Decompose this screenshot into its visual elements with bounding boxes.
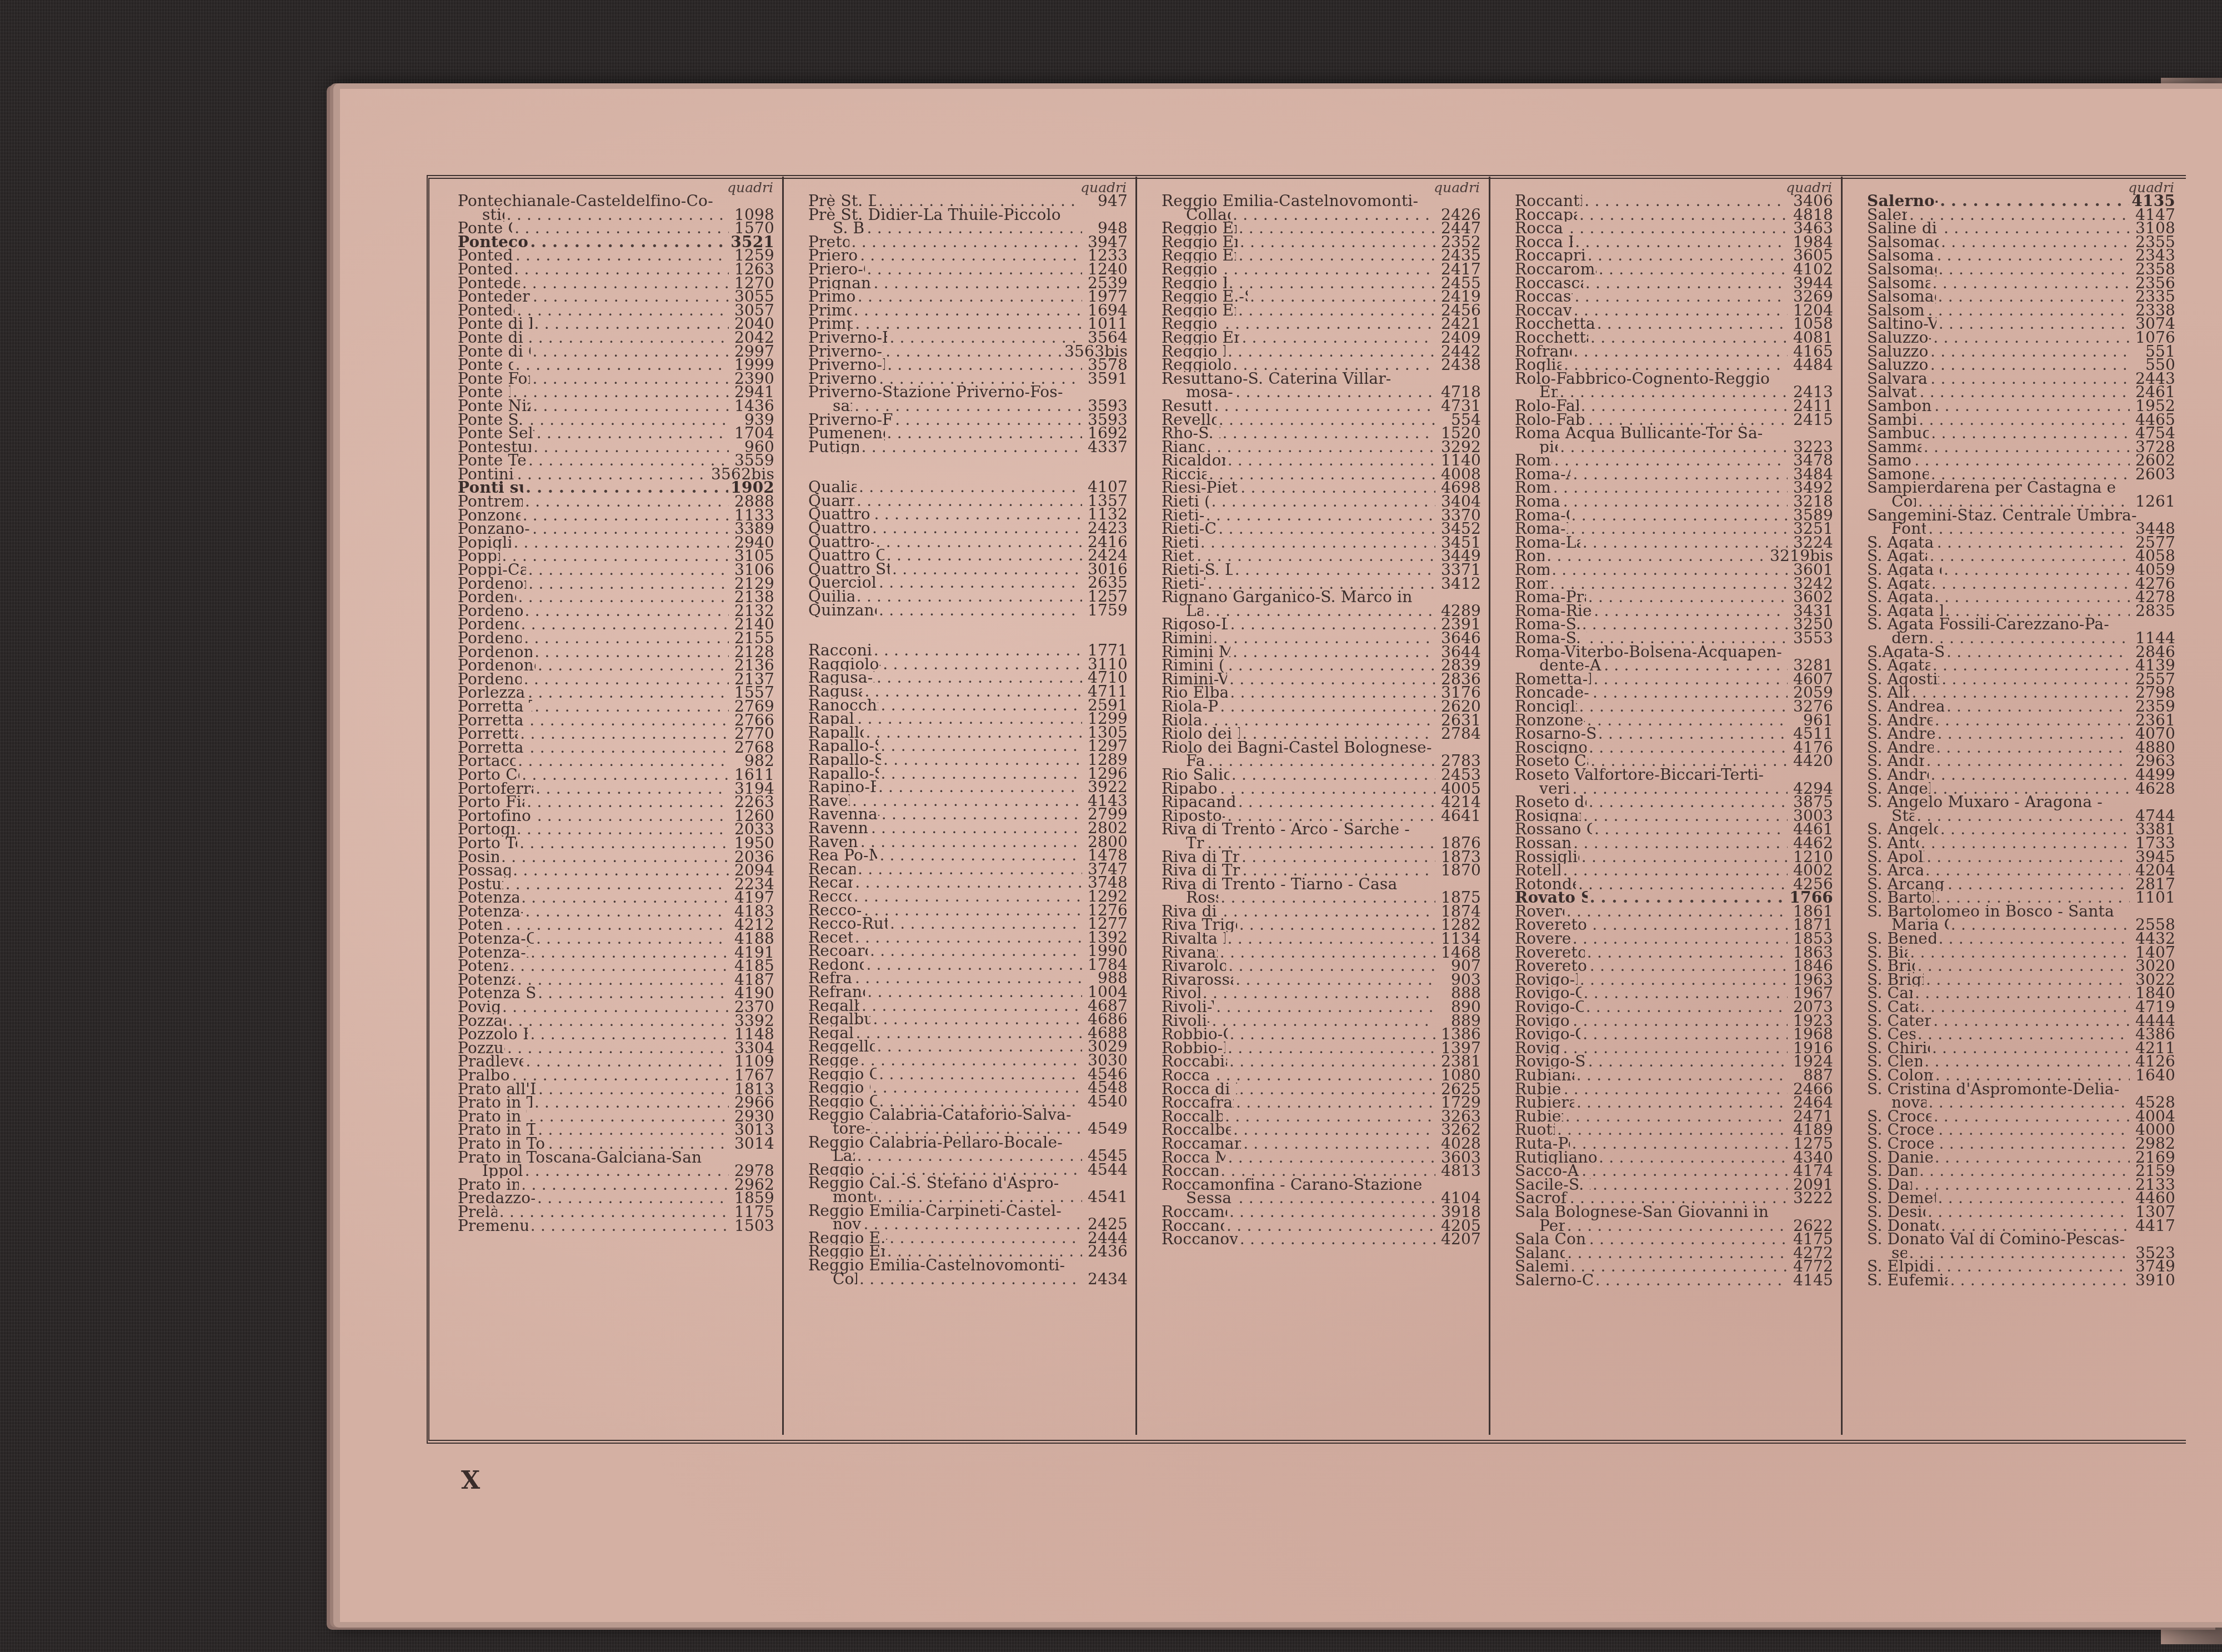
leader-dots (889, 1232, 1082, 1245)
entry-name: Rimini-Viserbella-Bellaria (1162, 673, 1227, 687)
index-entry: Pontestura-Casale Monferrato960 (458, 440, 774, 454)
leader-dots (531, 946, 729, 960)
entry-name: S. Agata Fossili-Carezzano-Pa- (1867, 618, 2175, 632)
entry-name: Ricaldone-Alice B.-Acqui (1162, 454, 1225, 468)
leader-dots (1220, 891, 1435, 905)
entry-name: Roncade-S. Michele del Quarto (1515, 686, 1590, 700)
leader-dots (520, 727, 729, 741)
quadro-number: 4641 (1438, 809, 1481, 823)
index-entry: Rivarossa-Lombardore-Leynì903 (1162, 973, 1481, 987)
entry-name: Refrancore-Felizzano (808, 985, 865, 999)
entry-name: Ronzone-Casale Monferrato (1515, 714, 1585, 728)
entry-name: S. Elpidio a Mare-Cascinare (1867, 1260, 1934, 1274)
entry-name: Ponte Terenzio-Tivoli-Roma (458, 454, 526, 468)
leader-dots (1938, 290, 2130, 304)
leader-dots (1582, 618, 1788, 632)
index-entry: Roccalbegna-Manciano3263 (1162, 1110, 1481, 1124)
entry-name: Roma-Pratica-Torre Vaianica (1515, 590, 1586, 604)
entry-name: Reggio Calabria-Gallico (808, 1081, 870, 1095)
entry-name-continued: Collagna (833, 1273, 857, 1286)
leader-dots (887, 427, 1082, 440)
index-entry: Saline di Volterra-Massa Maritt.3108 (1867, 222, 2175, 236)
index-entry: Rosignano-Castiglioncello3003 (1515, 809, 1833, 823)
leader-dots (512, 1069, 729, 1083)
leader-dots (1250, 290, 1435, 304)
index-entry: Resuttano-S. Caterina Villar-mosa-Caltan… (1162, 372, 1481, 399)
index-entry: Rimini Morciano-Mondaino3644 (1162, 645, 1481, 659)
index-entry: Roma-Aquila-Assergi3484 (1515, 468, 1833, 482)
index-entry: Priverno-Roccasecca dei Volsci.3578 (808, 358, 1128, 372)
index-entry: Pozzuolo-Perugia3304 (458, 1042, 774, 1055)
entry-name: S.Agata-Scarperia-S.Piero a Sieve (1867, 645, 1944, 659)
leader-dots (1240, 236, 1435, 249)
leader-dots (1590, 891, 1788, 905)
quadro-number: 4540 (1084, 1095, 1128, 1109)
index-entry: Roma-Viterbo-Bolsena-Acquapen-dente-Abba… (1515, 645, 1833, 673)
entry-name: Rovereto-Terragnolo-Folgaria (1515, 959, 1588, 973)
index-entry: Rapallo-S. Margherita Ligure1289 (808, 753, 1128, 767)
leader-dots (523, 509, 729, 523)
entry-name: Rossiglione-Tiglieto-Olba (1515, 850, 1579, 864)
index-entry: Roccapalumba-Stazione4818 (1515, 208, 1833, 222)
entry-name: Porto Tolle-Gnocchetta (458, 837, 517, 850)
entry-name: Qualiano-Marano (808, 480, 857, 494)
quadro-number: 4628 (2132, 782, 2175, 796)
entry-name: Popiglio-Ponte Lima (458, 536, 511, 550)
index-entry: Pordenone-Udine-Trieste2137 (458, 673, 774, 687)
index-entry: Rovato Stazione-Rovato Città1766 (1515, 891, 1833, 905)
index-entry: S. Agata Fossili-Carezzano-Pa-derna-Tort… (1867, 618, 2175, 645)
leader-dots (1941, 673, 2130, 687)
leader-dots (1207, 440, 1435, 454)
leader-dots (859, 480, 1082, 494)
entry-name: S. Andrea dei Bagni-Parma (1867, 714, 1933, 728)
leader-dots (864, 685, 1082, 699)
index-entry: Recanati-Osimo3748 (808, 876, 1128, 890)
entry-name: Porretta Terme-Fanano (458, 727, 518, 741)
index-entry: S. Apollinare-Lanciano3945 (1867, 850, 2175, 864)
index-entry: Riva di Trento - Tiarno - CasaRossa-Cret… (1162, 878, 1481, 905)
index-entry: Ponte di Barbarano-Barbarano2040 (458, 317, 774, 331)
index-entry: Rio Elba-Rio Marina-Cavo3176 (1162, 686, 1481, 700)
leader-dots (1939, 1137, 2130, 1151)
entry-name: S. Arcangelo-Armento (1867, 864, 1923, 878)
leader-dots (1588, 249, 1788, 263)
leader-dots (883, 753, 1082, 767)
index-entry: Roma-Lido3219bis (1515, 549, 1833, 563)
leader-dots (1228, 959, 1435, 973)
index-entry: Pontecorvo-Aquino Stazione3521 (458, 236, 774, 249)
entry-name: Rieti-Cantalice-Rieti (1162, 522, 1216, 536)
leader-dots (517, 973, 729, 987)
index-entry: Pordenone-Prata-Pasiano2155 (458, 632, 774, 645)
leader-dots (1230, 1028, 1435, 1042)
leader-dots (887, 549, 1082, 563)
index-entry: Popiglio-Ponte Lima2940 (458, 536, 774, 550)
entry-name: Rimini Morciano-Mondaino (1162, 645, 1230, 659)
quadro-number: 4207 (1438, 1233, 1481, 1246)
leader-dots (1937, 727, 2130, 741)
index-entry: Quiliano-Savona1257 (808, 590, 1128, 604)
leader-dots (1228, 659, 1435, 673)
leader-dots (1216, 1000, 1435, 1014)
entry-name: S. Caterina Jonio-Stazione (1867, 1014, 1931, 1028)
leader-dots (1909, 208, 2130, 222)
letter-section-gap (808, 617, 1128, 644)
entry-name: Rosignano-Castiglioncello (1515, 809, 1581, 823)
index-entry: Porretta Terme-Fanano2770 (458, 727, 774, 741)
leader-dots (529, 1110, 729, 1124)
index-entry: S. Arcangelo di Romagna-Stazione2817 (1867, 878, 2175, 892)
letter-section-gap (808, 454, 1128, 480)
entry-name: S. Cataldo-Stazione (1867, 1000, 1918, 1014)
index-entry: Saluzzo-Cavour-Pinerolo550 (1867, 358, 2175, 372)
index-entry: Rocchetta-S. Angelo Lonbardi4081 (1515, 331, 1833, 345)
entry-name: S. Benedetto Ullano-Cosenza (1867, 932, 1936, 946)
index-entry: Riccia-Decorata4008 (1162, 468, 1481, 482)
quadro-number: 4420 (1790, 754, 1833, 768)
quadro-number: 1759 (1084, 604, 1128, 618)
entry-name: Quattro Cascine-Tortona (808, 508, 872, 522)
entry-name: S. Agata di Puglia-Candela (1867, 590, 1932, 604)
index-entry: Sala Consilina-Sapri-Vibonati4175 (1515, 1233, 1833, 1246)
entry-name: S. Daniele-Anduins (Bagni) (1867, 1151, 1933, 1165)
leader-dots (1577, 1069, 1788, 1083)
entry-name: Ravenna-Cimitero (808, 835, 858, 849)
index-entry: Reggio Emilia-Salvaterra2455 (1162, 277, 1481, 291)
entry-name: Roseto degli Abruzzi-Castelli (1515, 795, 1587, 809)
leader-dots (1220, 946, 1435, 960)
index-entry: Saltino-Vallombrosa-S. Ellero3074 (1867, 317, 2175, 331)
entry-name: Rovato Stazione-Rovato Città (1515, 891, 1588, 905)
quadro-number: 4337 (1084, 440, 1128, 454)
entry-name: Primolo-Chiesa (808, 304, 852, 318)
leader-dots (1925, 864, 2130, 878)
leader-dots (854, 890, 1082, 904)
leader-dots (1230, 686, 1435, 700)
index-entry: S. Cesarea-Maglie4386 (1867, 1028, 2175, 1042)
index-entry: Rovigo-Concadirame1923 (1515, 1014, 1833, 1028)
leader-dots (1225, 317, 1435, 331)
index-entry: Roccabianca-Sissa-Parma2381 (1162, 1055, 1481, 1069)
entry-name: Recoaro-Campogrosso (808, 944, 868, 958)
index-entry: S. Demetrio Coronè-Rossano4460 (1867, 1192, 2175, 1205)
index-entry: Predazzo-Passo Rolle-S. Martino1859 (458, 1192, 774, 1205)
index-entry: Prato in Toscana-Calenzano2930 (458, 1110, 774, 1124)
entry-name: Roma-Ladispoli-Cerveteri (1515, 536, 1580, 550)
index-entry: Ponte Lima-Lizzano2941 (458, 386, 774, 399)
entry-name: Salvaterra-Modena (1867, 386, 1917, 399)
index-entry: S.Agata-Scarperia-S.Piero a Sieve2846 (1867, 645, 2175, 659)
leader-dots (1594, 823, 1788, 837)
entry-name: Roma-Gallicano-Poli (1515, 509, 1569, 523)
entry-name: Refrancore-Asti (808, 972, 853, 985)
leader-dots (1951, 918, 2130, 932)
leader-dots (879, 849, 1082, 863)
leader-dots (878, 780, 1082, 794)
entry-name-continued: Rossa-Creta (1186, 891, 1218, 905)
index-entry: Roccanova-S. Arcangelo4205 (1162, 1219, 1481, 1233)
leader-dots (524, 673, 729, 687)
leader-dots (1921, 837, 2130, 850)
leader-dots (1230, 618, 1435, 632)
entry-name: Ponte Selva-Gromo-Valbondione (458, 427, 534, 440)
index-entry: Riola-Suviana2631 (1162, 714, 1481, 728)
leader-dots (1232, 768, 1435, 782)
leader-dots (1914, 1178, 2130, 1192)
index-entry: Ponzano-Poggio Mirteto Staz.3389 (458, 522, 774, 536)
index-entry: Pordenone-Portogruaro2140 (458, 618, 774, 632)
quadro-number: 3591 (1084, 372, 1128, 386)
leader-dots (516, 358, 729, 372)
index-entry: Pordenone-Cordenons2138 (458, 590, 774, 604)
leader-dots (1239, 918, 1435, 932)
entry-name: Rio Saliceto-Reggio Emilia (1162, 768, 1229, 782)
entry-name: Rieti-Avezzano (1162, 509, 1204, 523)
index-entry: Roccantica-Poggio Mirteto3406 (1515, 194, 1833, 208)
index-entry: S. Andrea Jonio-Stazione4499 (1867, 768, 2175, 782)
leader-dots (1928, 1205, 2130, 1219)
entry-name: Prato all'Isarco-Cardano-Bolzano (458, 1083, 536, 1097)
leader-dots (1204, 714, 1435, 728)
leader-dots (1239, 222, 1435, 236)
entry-name: Rieti-Carsoli (1162, 536, 1198, 550)
index-entry: Rignano Garganico-S. Marco inLamis4289 (1162, 590, 1481, 618)
entry-name: Rovigo-Caverzere-Chioggia (1515, 1000, 1584, 1014)
leader-dots (533, 290, 729, 304)
entry-name: Robbio-Confienza-Vercelli (1162, 1028, 1228, 1042)
index-column-3: quadriReggio Emilia-Castelnovomonti-Coll… (1135, 177, 1489, 1435)
entry-name: S. Eufemia-Caramanico-S. Valentino (1867, 1274, 1948, 1288)
index-entry: S. Croce del Sannio-Stazione4000 (1867, 1123, 2175, 1137)
leader-dots (1595, 1274, 1788, 1288)
leader-dots (1213, 632, 1435, 645)
leader-dots (1235, 563, 1435, 577)
entry-name: Rovigo-Polesella (1515, 1042, 1561, 1055)
index-entry: S. Agostino-Casumaro-Bologna2557 (1867, 673, 2175, 687)
leader-dots (526, 481, 728, 495)
index-entry: Rivarolo-Forno Canavese907 (1162, 959, 1481, 973)
leader-dots (1575, 236, 1788, 249)
leader-dots (534, 645, 729, 659)
index-entry: Ricaldone-Alice B.-Acqui1140 (1162, 454, 1481, 468)
leader-dots (885, 345, 1062, 359)
leader-dots (529, 714, 729, 728)
index-entry: Roma-Aquila3478 (1515, 454, 1833, 468)
quadro-number: 3910 (2132, 1274, 2175, 1288)
leader-dots (1569, 222, 1788, 236)
index-entry: Robbio-Rosasco-Mortara1397 (1162, 1042, 1481, 1055)
index-entry: Sangemini-Staz. Centrale Umbra-Fonte Aci… (1867, 509, 2175, 536)
entry-name: Roma-Isola Farnese (1515, 522, 1568, 536)
entry-name: Rocca Pia-Sulmona (1515, 222, 1567, 236)
index-entry: S. Desiderio-Borgoratti1307 (1867, 1205, 2175, 1219)
index-entry: S. Chirico Nuovo-Potenza4211 (1867, 1042, 2175, 1055)
quadro-number: 4417 (2132, 1219, 2175, 1233)
index-entry: Quattro Cascine-Tortona1132 (808, 508, 1128, 522)
leader-dots (866, 726, 1083, 740)
entry-name: Ragusa-Marina di Ragusa (808, 671, 874, 685)
leader-dots (1938, 1192, 2130, 1205)
leader-dots (507, 1042, 729, 1055)
leader-dots (1228, 932, 1435, 946)
entry-name: Recanati-Osimo (808, 876, 853, 890)
leader-dots (1583, 809, 1788, 823)
leader-dots (537, 427, 729, 440)
entry-name: Riesi-Pietraperzia-Caltanissetta (1162, 481, 1238, 495)
index-entry: Posina-Arsiero2036 (458, 850, 774, 864)
entry-name: Salerno-Lamia (1867, 208, 1907, 222)
entry-name: Predazzo-Passo Rolle-S. Martino (458, 1192, 535, 1205)
leader-dots (864, 904, 1082, 918)
leader-dots (1940, 823, 2130, 837)
leader-dots (522, 277, 729, 291)
index-entry: Reggio Emilia-Monticelli-Bagni2352 (1162, 236, 1481, 249)
leader-dots (1243, 1137, 1435, 1151)
leader-dots (1933, 277, 2130, 291)
leader-dots (1203, 987, 1435, 1000)
leader-dots (508, 1014, 729, 1028)
leader-dots (501, 850, 729, 864)
index-entry: Reggio Calabria-Pellaro-Bocale-Lazzaro45… (808, 1136, 1128, 1163)
leader-dots (1220, 782, 1435, 796)
entry-name: Robbio-Rosasco-Mortara (1162, 1042, 1225, 1055)
leader-dots (880, 699, 1082, 713)
leader-dots (1590, 959, 1788, 973)
entry-name: Prelà-Imperia (458, 1205, 497, 1219)
entry-name: Ravenna-Marina di Ravenna (808, 808, 879, 822)
index-entry: Reggio Emilia-Villa Aiola2442 (1162, 345, 1481, 359)
index-entry: Quarna-Omegna1357 (808, 494, 1128, 508)
leader-dots (1211, 495, 1435, 509)
entry-name: Sampierdarena per Castagna e (1867, 481, 2175, 495)
leader-dots (1931, 577, 2130, 591)
entry-name: Roma-Belvedere (1515, 495, 1561, 509)
entry-name: Ponte di Barbarano-Barbarano (458, 317, 532, 331)
index-entry: Salerno-Cimitero di Brignano4135 (1867, 194, 2175, 208)
entry-name: S. Agata dei Goti-Maddaloni Inf. (1867, 563, 1941, 577)
leader-dots (1565, 1110, 1788, 1124)
leader-dots (1944, 222, 2130, 236)
index-entry: Reggio Emilia-Calerno2417 (1162, 263, 1481, 277)
index-entry: Roma-Nemi3601 (1515, 563, 1833, 577)
index-entry: Riva di Trento-P. Arche-Molveno1873 (1162, 850, 1481, 864)
leader-dots (1939, 317, 2130, 331)
entry-name: Roma-Nemi (1515, 563, 1549, 577)
leader-dots (530, 741, 729, 755)
entry-name: Porretta Terme-Castel di Casio (458, 700, 532, 714)
leader-dots (532, 522, 729, 536)
entry-name: Rivoli-Villarbasse (1162, 1014, 1209, 1028)
entry-name-continued: novomonti (833, 1218, 861, 1232)
index-entry: Rovigo-Grignano Polesine1968 (1515, 1028, 1833, 1042)
entry-name: Pozzuolo-Perugia (458, 1042, 505, 1055)
leader-dots (876, 535, 1082, 549)
quadro-number: 4813 (1438, 1164, 1481, 1178)
leader-dots (1218, 522, 1435, 536)
entry-name: Portoferraio-S. Giov.-S. Martino (458, 782, 533, 796)
entry-name: Ponte Chiasso-Como (458, 222, 512, 236)
leader-dots (1594, 604, 1788, 618)
quadro-number: 4145 (1790, 1274, 1833, 1288)
entry-name: S. Candido-Sesto (1867, 987, 1913, 1000)
entry-name: Roccanova - Pantano di Senise. (1162, 1233, 1238, 1246)
index-entry: S. Benedetto Ullano-Cosenza4432 (1867, 932, 2175, 946)
index-entry: Roma-S. Maria di Galeria3250 (1515, 618, 1833, 632)
entry-name: Rapallo-S. Andrea di Foggia (808, 739, 878, 753)
index-entry: Roccafranca-Cizzago-Brescia1729 (1162, 1096, 1481, 1110)
entry-name: Rivarossa-Lombardore-Leynì (1162, 973, 1233, 987)
leader-dots (1560, 440, 1788, 454)
index-entry: Roccavignale-Savona1204 (1515, 304, 1833, 318)
entry-name: Ponte S. Martino-Gressoney (458, 413, 527, 427)
index-entry: Reggio Emilia-Castelnovomonti-Collagna24… (808, 1259, 1128, 1286)
entry-name: Potenza-Corleto Pertic.-Spinoso (458, 932, 534, 946)
leader-dots (1572, 509, 1788, 523)
entry-name: Potenza-Montemilone (458, 973, 515, 987)
leader-dots (1209, 468, 1435, 482)
index-entry: Salsomaggiore-Fidenza-Parma2355 (1867, 236, 2175, 249)
index-entry: S. Agata Bolognese-Bologna2577 (1867, 536, 2175, 550)
index-entry: Roma-Nepi3242 (1515, 577, 1833, 591)
index-entry: S. Agata di Puglia-Candela4278 (1867, 590, 2175, 604)
entry-name: Rosarno-S. Ferdinando di Rosarno (1515, 727, 1596, 741)
leader-dots (867, 263, 1082, 277)
leader-dots (1552, 563, 1788, 577)
leader-dots (1567, 1246, 1788, 1260)
leader-dots (1233, 1123, 1435, 1137)
entry-name: Raggiolo-Ortignano-Bibbiena (808, 658, 880, 672)
entry-name: Salemi-Vita-Trapani (1515, 1260, 1568, 1274)
entry-name: Regalbuto-Catania (808, 999, 859, 1013)
entry-name: Ponte Nizza-Bivio di Calghera (458, 399, 531, 413)
entry-name: Pordenone-S. Vito al T.-Morsano. (458, 659, 536, 673)
entry-name: Pordenone-Aviano-Maniago (458, 577, 526, 591)
leader-dots (513, 536, 729, 550)
entry-name: Pozzolo Formigaro-Novi Lig. (458, 1028, 528, 1042)
index-entry: Raggiolo-Ortignano-Bibbiena3110 (808, 658, 1128, 672)
entry-name: Pontinia-Sezze Stazione (458, 468, 515, 482)
quadro-number: 4544 (1084, 1163, 1128, 1177)
leader-dots (1934, 590, 2130, 604)
leader-dots (866, 958, 1082, 972)
leader-dots (1944, 563, 2130, 577)
leader-dots (858, 290, 1082, 304)
entry-name: Rieti (Autovie di) (1162, 495, 1209, 509)
index-entry: Regalbuto-Catenanuova4686 (808, 1013, 1128, 1027)
index-entry: Premenugo-Caleppio-Milano1503 (458, 1219, 774, 1233)
leader-dots (1920, 1000, 2130, 1014)
leader-dots (872, 522, 1082, 535)
index-entry: S. Cataldo-Stazione4719 (1867, 1000, 2175, 1014)
entry-name: Regalbuto-Enna (808, 1027, 853, 1040)
entry-name: Sala Consilina-Sapri-Vibonati (1515, 1233, 1587, 1246)
entry-name: Ruoti-Potenza (1515, 1123, 1555, 1137)
index-entry: Prè St. Didier-La Thuile-PiccoloS. Berna… (808, 208, 1128, 236)
entry-name: Reggio Emilia-Salvaterra (1162, 277, 1227, 291)
leader-dots (1919, 386, 2130, 399)
entry-name: S. Andrea-Iolo-Firenze (1867, 754, 1924, 768)
leader-dots (1587, 946, 1788, 960)
index-entry: Roma-Belvedere3218 (1515, 495, 1833, 509)
leader-dots (857, 1149, 1082, 1163)
entry-name: S. Croce del Sannio-Stazione (1867, 1123, 1936, 1137)
leader-dots (1948, 878, 2130, 892)
leader-dots (1581, 399, 1788, 413)
entry-name: Reggio Calabria-Pellaro-Bocale- (808, 1136, 1128, 1150)
leader-dots (879, 604, 1082, 618)
index-entry: Sambuca di Sicilia-Menfi4754 (1867, 427, 2175, 440)
